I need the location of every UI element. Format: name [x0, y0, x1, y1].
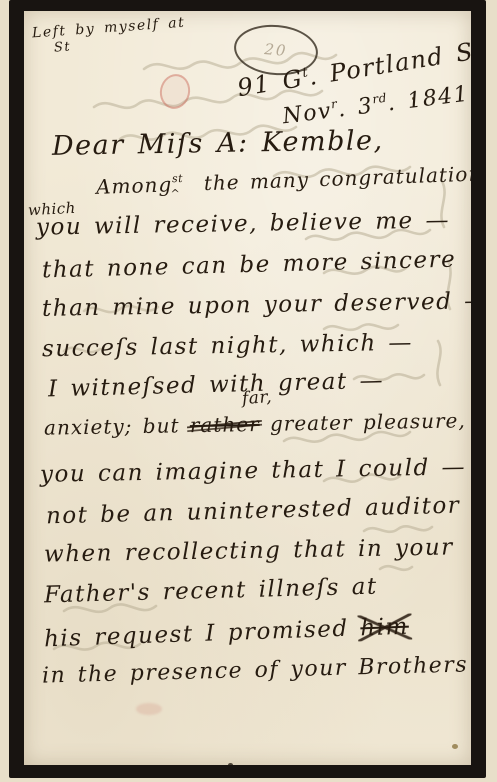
- body-line: Father's recent illneſs at: [44, 575, 378, 609]
- inserted-superscript: st: [172, 172, 184, 185]
- body-line: Amongst^ the many congratulations: [96, 162, 471, 198]
- body-line: in the presence of your Brothers: [42, 653, 469, 688]
- body-line: his request I promised him: [44, 615, 410, 653]
- struck-word: rather: [190, 412, 260, 437]
- salutation: Dear Miſs A: Kemble,: [52, 126, 384, 161]
- body-line: succeſs last night, which —: [42, 331, 413, 363]
- address-text: 91 G: [235, 64, 305, 102]
- paper-speck: [452, 744, 458, 749]
- date-text: . 3: [336, 93, 374, 122]
- date-text: Nov: [281, 99, 333, 130]
- struck-word: him: [360, 614, 409, 642]
- red-smudge: [136, 703, 162, 715]
- inserted-word-far: far,: [241, 388, 272, 409]
- date-text: . 1841: [386, 82, 470, 117]
- body-line: than mine upon your deserved —: [42, 289, 471, 322]
- paper-speck: [228, 763, 233, 765]
- corner-annotation-line1: Left by myself at: [32, 15, 186, 42]
- body-text: Among: [96, 172, 173, 199]
- body-line: I witneſsed with great —: [48, 369, 385, 403]
- letter-page: 20 Left by myself at St 91 Gt. Portland …: [24, 11, 471, 765]
- scan-mount: { "colors": { "mount_frame": "#181411", …: [0, 0, 497, 782]
- pencil-number: 20: [264, 40, 289, 60]
- body-line: you will receive, believe me —: [36, 208, 450, 241]
- corner-annotation-line2: St: [54, 40, 72, 55]
- body-line: that none can be more sincere: [42, 248, 457, 284]
- body-line: when recollecting that in your: [44, 535, 454, 567]
- body-line: you can imagine that I could —: [40, 455, 466, 488]
- address-text: . Portland S: [307, 37, 471, 91]
- corner-annotation: Left by myself at: [32, 16, 186, 42]
- body-line: anxiety; but rather greater pleasure,: [44, 409, 466, 438]
- body-line: not be an uninterested auditor: [46, 494, 461, 530]
- date-superscript: rd: [372, 91, 388, 107]
- body-text: greater pleasure,: [259, 408, 466, 436]
- body-text: the many congratulations: [193, 161, 471, 195]
- caret-mark: ^: [170, 187, 181, 200]
- body-text: his request I promised: [44, 615, 361, 652]
- red-seal-mark: [157, 71, 194, 111]
- body-text: anxiety; but: [44, 413, 190, 440]
